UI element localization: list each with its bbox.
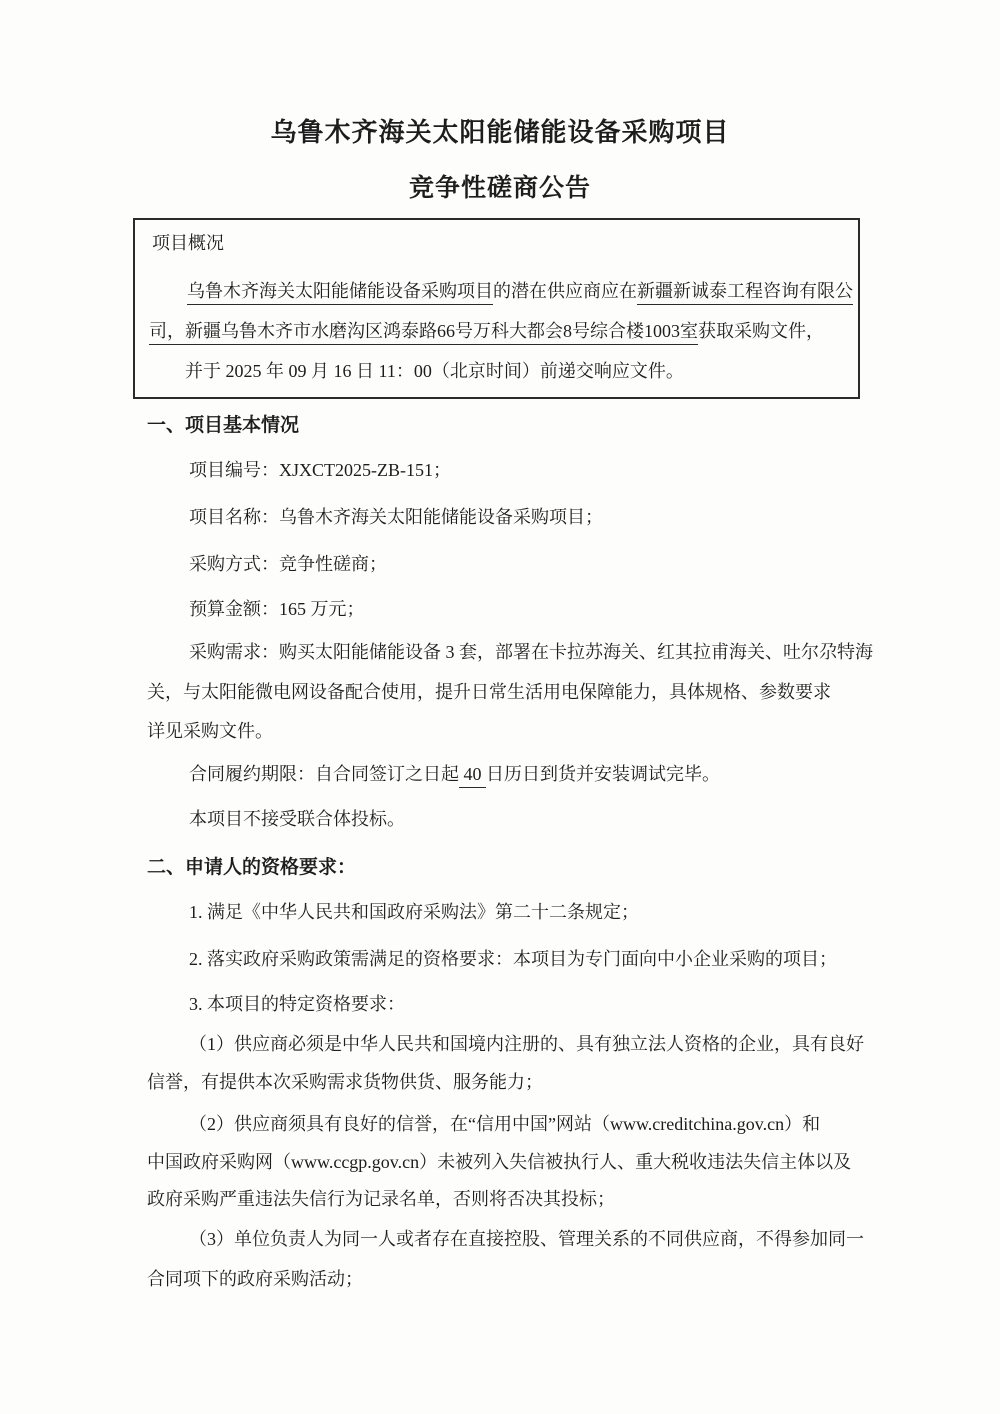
procurement-method-line: 采购方式：竞争性磋商；	[189, 553, 387, 576]
no-consortium-line: 本项目不接受联合体投标。	[189, 808, 405, 831]
underline-segment: 新疆新诚泰工程咨询有限公	[637, 281, 853, 305]
document-page: 乌鲁木齐海关太阳能储能设备采购项目 竞争性磋商公告 项目概况 乌鲁木齐海关太阳能…	[0, 0, 1000, 1414]
requirement-3-line: 3. 本项目的特定资格要求：	[189, 993, 405, 1016]
text-segment: 获取采购文件，	[698, 321, 824, 341]
requirement-3-2-line-3: 政府采购严重违法失信行为记录名单，否则将否决其投标；	[147, 1188, 615, 1211]
overview-label: 项目概况	[152, 232, 224, 255]
requirement-3-2-line-2: 中国政府采购网（www.ccgp.gov.cn）未被列入失信被执行人、重大税收违…	[147, 1151, 851, 1174]
demand-line-1: 采购需求：购买太阳能储能设备 3 套，部署在卡拉苏海关、红其拉甫海关、吐尔尕特海	[189, 641, 873, 664]
section1-heading: 一、项目基本情况	[147, 414, 299, 437]
contract-duration-line: 合同履约期限：自合同签订之日起 40 日历日到货并安装调试完毕。	[189, 763, 720, 786]
text-segment: 并于 2025 年 09 月 16 日 11：00（北京时间）前递交响应文件。	[185, 361, 684, 381]
underline-segment: 40	[459, 764, 486, 788]
requirement-3-3-line-2: 合同项下的政府采购活动；	[147, 1268, 363, 1291]
requirement-1-line: 1. 满足《中华人民共和国政府采购法》第二十二条规定；	[189, 901, 639, 924]
text-segment: 的潜在供应商应在	[493, 281, 637, 301]
requirement-2-line: 2. 落实政府采购政策需满足的资格要求：本项目为专门面向中小企业采购的项目；	[189, 948, 837, 971]
requirement-3-3-line-1: （3）单位负责人为同一人或者存在直接控股、管理关系的不同供应商，不得参加同一	[189, 1228, 864, 1251]
project-overview-box: 项目概况 乌鲁木齐海关太阳能储能设备采购项目的潜在供应商应在新疆新诚泰工程咨询有…	[133, 218, 860, 399]
text-segment: 合同履约期限：自合同签订之日起	[189, 764, 459, 784]
doc-subtitle: 竞争性磋商公告	[0, 168, 1000, 204]
text-segment: 日历日到货并安装调试完毕。	[486, 764, 720, 784]
budget-line: 预算金额：165 万元；	[189, 598, 365, 621]
overview-line-1: 乌鲁木齐海关太阳能储能设备采购项目的潜在供应商应在新疆新诚泰工程咨询有限公	[187, 280, 853, 303]
project-number-line: 项目编号：XJXCT2025-ZB-151；	[189, 459, 451, 482]
requirement-3-1-line-2: 信誉，有提供本次采购需求货物供货、服务能力；	[147, 1071, 543, 1094]
underline-segment: 乌鲁木齐海关太阳能储能设备采购项目	[187, 281, 493, 305]
overview-line-2: 司，新疆乌鲁木齐市水磨沟区鸿泰路66号万科大都会8号综合楼1003室获取采购文件…	[149, 320, 824, 343]
project-name-line: 项目名称：乌鲁木齐海关太阳能储能设备采购项目；	[189, 506, 603, 529]
requirement-3-2-line-1: （2）供应商须具有良好的信誉，在“信用中国”网站（www.creditchina…	[189, 1113, 820, 1136]
doc-title: 乌鲁木齐海关太阳能储能设备采购项目	[0, 112, 1000, 149]
requirement-3-1-line-1: （1）供应商必须是中华人民共和国境内注册的、具有独立法人资格的企业，具有良好	[189, 1033, 864, 1056]
overview-line-3: 并于 2025 年 09 月 16 日 11：00（北京时间）前递交响应文件。	[185, 360, 684, 383]
section2-heading: 二、申请人的资格要求：	[147, 856, 356, 879]
demand-line-2: 关，与太阳能微电网设备配合使用，提升日常生活用电保障能力，具体规格、参数要求	[147, 681, 831, 704]
underline-segment: 司，新疆乌鲁木齐市水磨沟区鸿泰路66号万科大都会8号综合楼1003室	[149, 321, 698, 345]
demand-line-3: 详见采购文件。	[147, 720, 273, 743]
